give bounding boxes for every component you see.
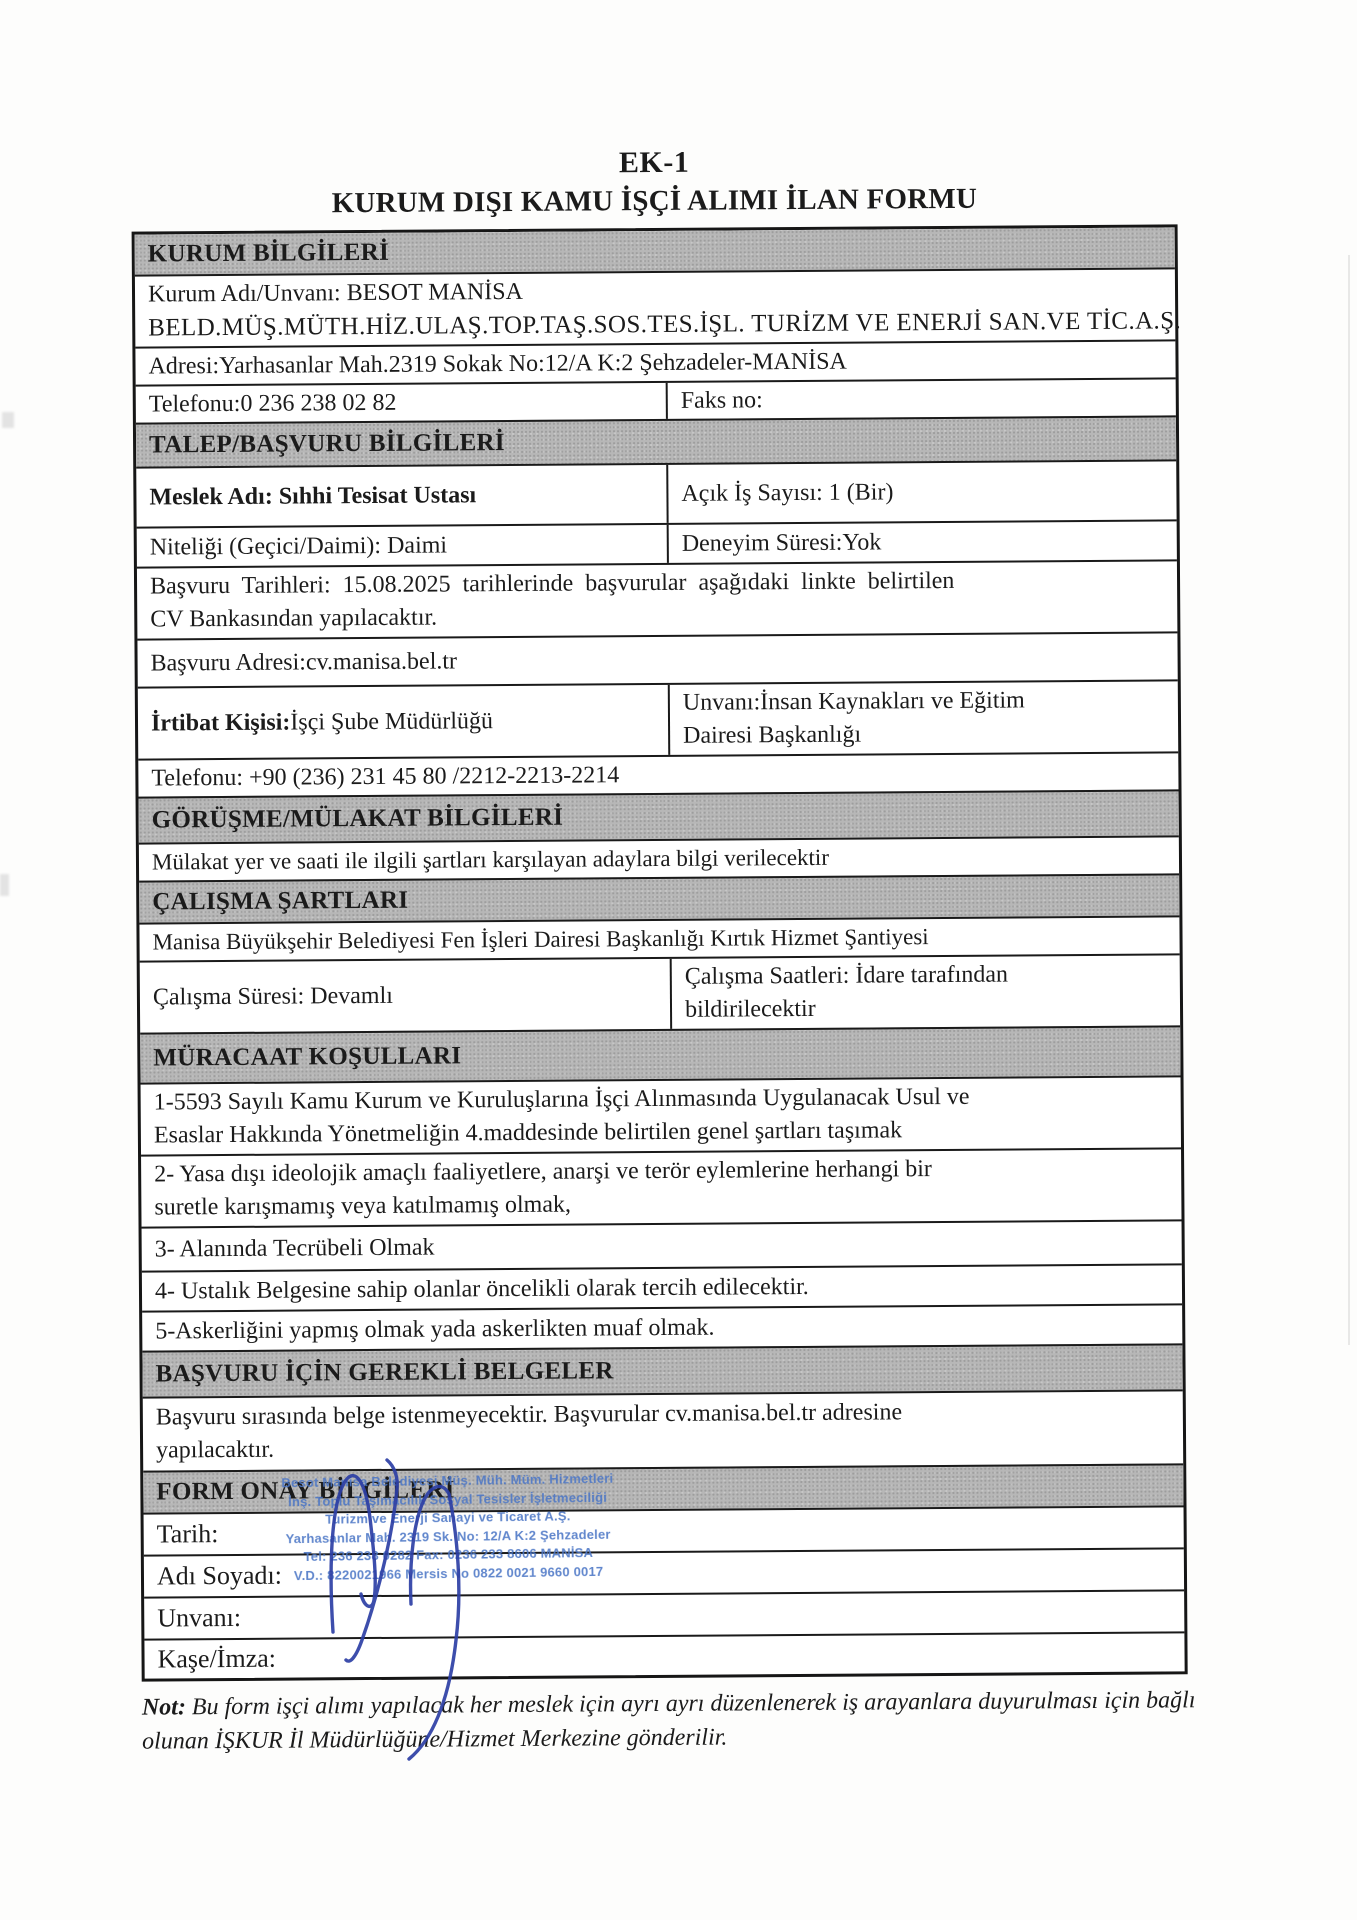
company-stamp: Besot Manisa Belediyesi Müş. Müh. Müm. H…: [259, 1469, 637, 1585]
section-header-belgeler: BAŞVURU İÇİN GEREKLİ BELGELER: [142, 1343, 1182, 1396]
row-basvuru-tarihleri: Başvuru Tarihleri: 15.08.2025 tarihlerin…: [137, 559, 1177, 638]
tarih-label: Tarih:: [144, 1516, 232, 1553]
row-nitelik: Niteliği (Geçici/Daimi): Daimi Deneyim S…: [137, 519, 1177, 566]
row-meslek: Meslek Adı: Sıhhi Tesisat Ustası Açık İş…: [136, 459, 1176, 526]
deneyim-value: Deneyim Süresi:Yok: [669, 524, 895, 562]
row-telefon-faks: Telefonu:0 236 238 02 82 Faks no:: [136, 377, 1176, 422]
row-kosul-3: 3- Alanında Tecrübeli Olmak: [142, 1219, 1182, 1270]
scan-smudge: [0, 874, 9, 896]
section-header-talep: TALEP/BAŞVURU BİLGİLERİ: [136, 415, 1176, 466]
basvuru-tarihleri-value: Başvuru Tarihleri: 15.08.2025 tarihlerin…: [137, 563, 968, 639]
scan-smudge: [2, 412, 14, 428]
row-belgeler-text: Başvuru sırasında belge istenmeyecektir.…: [143, 1389, 1183, 1470]
section-title: BAŞVURU İÇİN GEREKLİ BELGELER: [142, 1353, 626, 1392]
section-header-gorusme: GÖRÜŞME/MÜLAKAT BİLGİLERİ: [139, 789, 1179, 842]
adres-value: Adresi:Yarhasanlar Mah.2319 Sokak No:12/…: [135, 344, 860, 385]
scanned-form-page: EK-1 KURUM DIŞI KAMU İŞÇİ ALIMI İLAN FOR…: [0, 0, 1357, 1920]
basvuru-adresi-value: Başvuru Adresi:cv.manisa.bel.tr: [137, 643, 470, 681]
row-kurum-adi: Kurum Adı/Unvanı: BESOT MANİSA BELD.MÜŞ.…: [135, 267, 1175, 346]
kosul-text: 1-5593 Sayılı Kamu Kurum ve Kuruluşların…: [141, 1079, 983, 1155]
row-irtibat: İrtibat Kişisi:İşçi Şube Müdürlüğü Unvan…: [138, 679, 1178, 758]
form-title: KURUM DIŞI KAMU İŞÇİ ALIMI İLAN FORMU: [131, 181, 1177, 221]
meslek-value: Meslek Adı: Sıhhi Tesisat Ustası: [136, 477, 489, 515]
telefon-value: Telefonu:0 236 238 02 82: [136, 385, 410, 423]
scan-edge-shadow: [1348, 255, 1350, 1345]
footer-note: Not: Bu form işçi alımı yapılacak her me…: [142, 1683, 1258, 1759]
section-title: TALEP/BAŞVURU BİLGİLERİ: [136, 425, 518, 464]
row-calisma-suresi: Çalışma Süresi: Devamlı Çalışma Saatleri…: [140, 953, 1180, 1032]
kosul-text: 5-Askerliğini yapmış olmak yada askerlik…: [142, 1310, 727, 1350]
section-title: KURUM BİLGİLERİ: [135, 235, 403, 273]
kosul-text: 2- Yasa dışı ideolojik amaçlı faaliyetle…: [141, 1151, 945, 1227]
calisma-yeri-value: Manisa Büyükşehir Belediyesi Fen İşleri …: [139, 919, 941, 961]
row-unvani: Unvanı:: [144, 1589, 1184, 1638]
unvani-label: Unvanı:: [144, 1600, 254, 1637]
mulakat-text: Mülakat yer ve saati ile ilgili şartları…: [139, 840, 842, 881]
row-basvuru-adresi: Başvuru Adresi:cv.manisa.bel.tr: [137, 631, 1177, 686]
nitelik-value: Niteliği (Geçici/Daimi): Daimi: [137, 527, 460, 565]
section-header-calisma: ÇALIŞMA ŞARTLARI: [139, 873, 1179, 922]
kosul-text: 4- Ustalık Belgesine sahip olanlar öncel…: [142, 1269, 822, 1310]
acik-is-value: Açık İş Sayısı: 1 (Bir): [668, 474, 906, 512]
unvan-value: Unvanı:İnsan Kaynakları ve Eğitim Daires…: [670, 682, 1038, 755]
kurum-adi-value: Kurum Adı/Unvanı: BESOT MANİSA BELD.MÜŞ.…: [135, 269, 1194, 346]
row-kosul-2: 2- Yasa dışı ideolojik amaçlı faaliyetle…: [141, 1147, 1181, 1226]
section-header-muracaat: MÜRACAAT KOŞULLARI: [140, 1025, 1180, 1082]
row-kosul-1: 1-5593 Sayılı Kamu Kurum ve Kuruluşların…: [141, 1075, 1181, 1154]
annex-label: EK-1: [131, 142, 1177, 183]
irtibat-value: İrtibat Kişisi:İşçi Şube Müdürlüğü: [138, 703, 506, 742]
section-title: GÖRÜŞME/MÜLAKAT BİLGİLERİ: [139, 800, 577, 839]
section-title: ÇALIŞMA ŞARTLARI: [139, 883, 421, 921]
row-kase-imza: Kaşe/İmza:: [144, 1631, 1184, 1678]
faks-label: Faks no:: [668, 382, 776, 419]
kosul-text: 3- Alanında Tecrübeli Olmak: [142, 1229, 448, 1267]
irtibat-telefon-value: Telefonu: +90 (236) 231 45 80 /2212-2213…: [138, 757, 632, 796]
form-table: KURUM BİLGİLERİ Kurum Adı/Unvanı: BESOT …: [132, 224, 1188, 1681]
calisma-saatleri-value: Çalışma Saatleri: İdare tarafından bildi…: [672, 956, 1022, 1028]
belgeler-text: Başvuru sırasında belge istenmeyecektir.…: [143, 1394, 916, 1469]
section-title: MÜRACAAT KOŞULLARI: [140, 1038, 474, 1076]
kase-imza-label: Kaşe/İmza:: [144, 1641, 289, 1678]
calisma-suresi-value: Çalışma Süresi: Devamlı: [140, 978, 406, 1016]
